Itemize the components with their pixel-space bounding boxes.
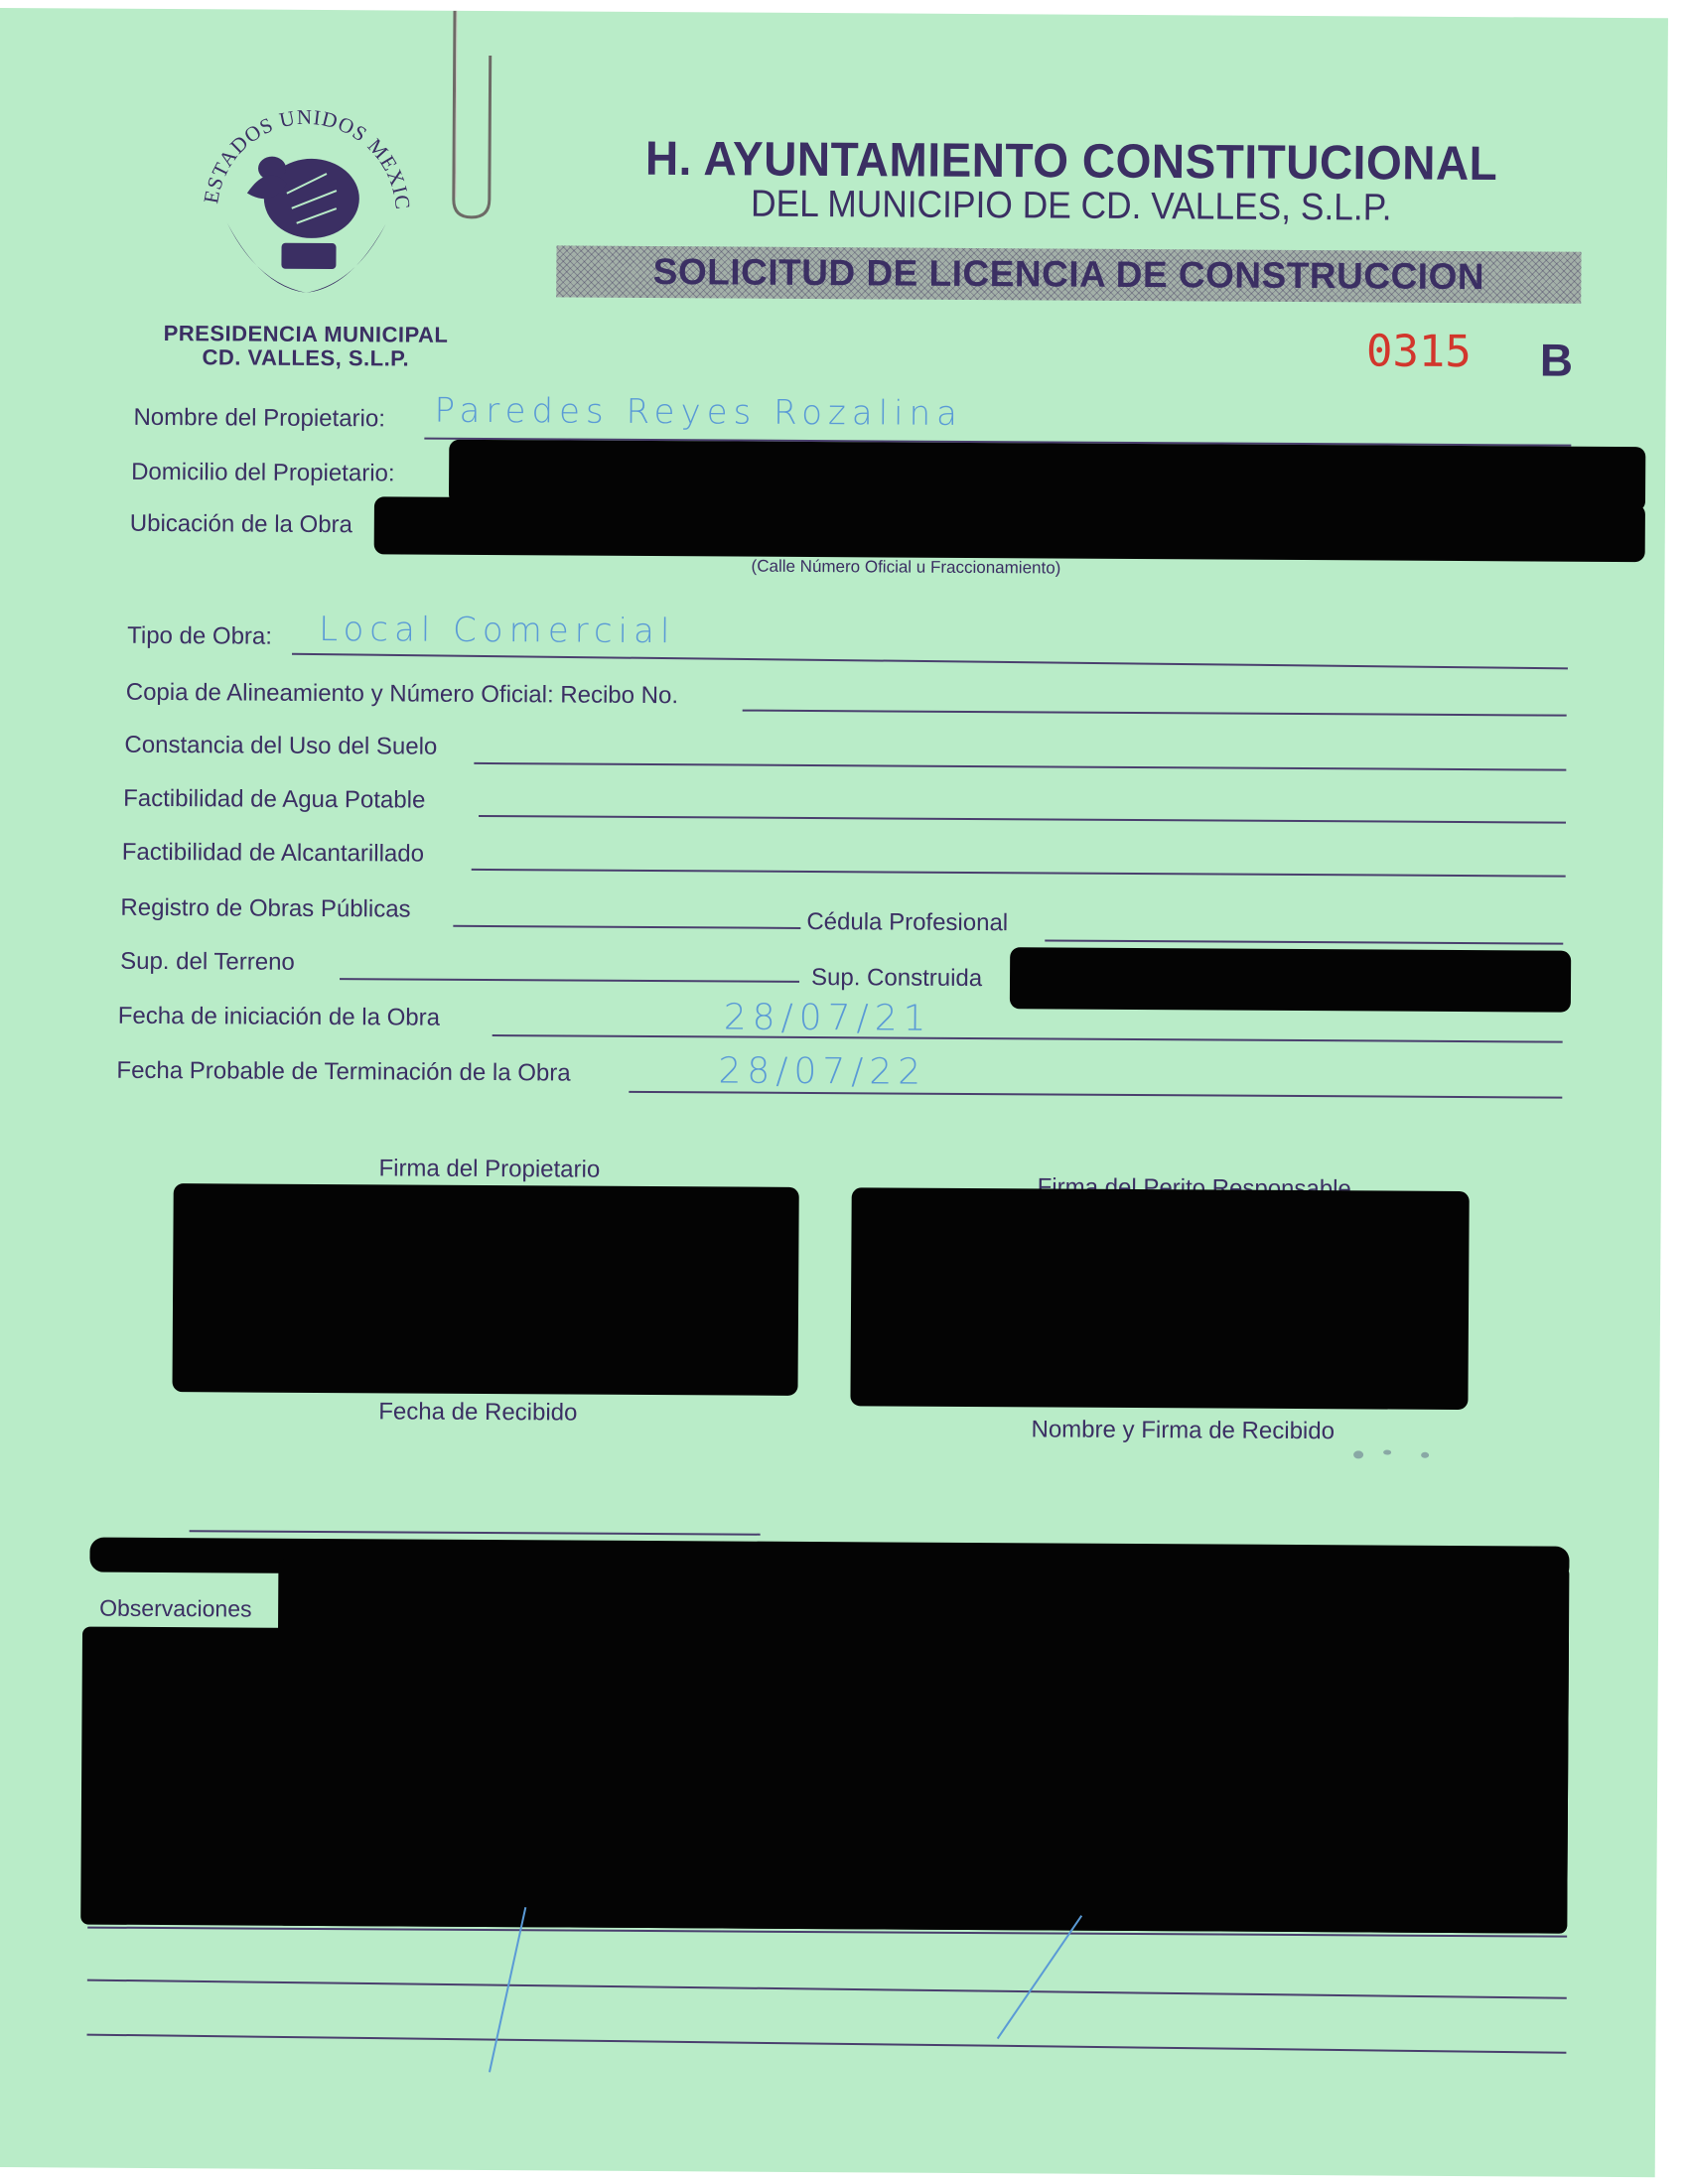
received-date-line[interactable] bbox=[190, 1530, 761, 1536]
observations-line-3[interactable] bbox=[87, 2034, 1567, 2054]
expert-signature-redaction bbox=[850, 1187, 1469, 1410]
work-type-value[interactable]: Local Comercial bbox=[319, 610, 675, 651]
start-date-label: Fecha de iniciación de la Obra bbox=[118, 1003, 440, 1032]
national-seal-icon: ESTADOS UNIDOS MEXICANOS bbox=[187, 83, 426, 313]
received-date-label: Fecha de Recibido bbox=[319, 1398, 636, 1428]
owner-address-label: Domicilio del Propietario: bbox=[131, 459, 395, 488]
site-location-hint: (Calle Número Oficial u Fraccionamiento) bbox=[752, 557, 1061, 579]
paperclip-icon bbox=[446, 11, 506, 224]
built-area-redaction bbox=[1010, 947, 1571, 1012]
issuer-line-2: CD. VALLES, S.L.P. bbox=[127, 345, 485, 371]
lot-area-line[interactable] bbox=[340, 978, 799, 983]
land-use-line[interactable] bbox=[474, 762, 1566, 771]
end-date-value[interactable]: 28/07/22 bbox=[718, 1050, 926, 1092]
work-type-line bbox=[292, 653, 1568, 670]
start-date-line bbox=[492, 1034, 1563, 1043]
form-name: SOLICITUD DE LICENCIA DE CONSTRUCCION bbox=[653, 251, 1485, 298]
page-title: H. AYUNTAMIENTO CONSTITUCIONAL bbox=[595, 129, 1548, 192]
issuer-label: PRESIDENCIA MUNICIPAL CD. VALLES, S.L.P. bbox=[127, 322, 485, 371]
professional-license-line[interactable] bbox=[1045, 939, 1563, 944]
water-feasibility-line[interactable] bbox=[479, 815, 1566, 824]
owner-signature-label: Firma del Propietario bbox=[321, 1155, 658, 1184]
end-date-label: Fecha Probable de Terminación de la Obra bbox=[116, 1057, 570, 1088]
observations-redaction-bottom bbox=[80, 1627, 1569, 1934]
professional-license-label: Cédula Profesional bbox=[806, 908, 1008, 937]
pen-stroke bbox=[489, 1907, 526, 2072]
form-name-banner: SOLICITUD DE LICENCIA DE CONSTRUCCION bbox=[556, 245, 1581, 303]
issuer-line-1: PRESIDENCIA MUNICIPAL bbox=[127, 322, 485, 347]
owner-name-label: Nombre del Propietario: bbox=[133, 404, 385, 434]
work-type-label: Tipo de Obra: bbox=[127, 622, 272, 651]
end-date-line bbox=[629, 1091, 1562, 1099]
start-date-value[interactable]: 28/07/21 bbox=[724, 997, 932, 1038]
observations-line-2[interactable] bbox=[87, 1979, 1567, 1999]
sewer-feasibility-line[interactable] bbox=[472, 869, 1566, 878]
public-works-registry-line[interactable] bbox=[453, 925, 800, 929]
lot-area-label: Sup. del Terreno bbox=[120, 948, 295, 977]
owner-name-value[interactable]: Paredes Reyes Rozalina bbox=[434, 391, 963, 434]
alignment-receipt-line[interactable] bbox=[743, 710, 1567, 717]
received-by-label: Nombre y Firma de Recibido bbox=[974, 1416, 1391, 1446]
observations-label: Observaciones bbox=[99, 1595, 252, 1623]
water-feasibility-label: Factibilidad de Agua Potable bbox=[123, 785, 425, 815]
page-subtitle: DEL MUNICIPIO DE CD. VALLES, S.L.P. bbox=[628, 183, 1514, 230]
folio-number: 0315 bbox=[1366, 326, 1472, 377]
site-location-label: Ubicación de la Obra bbox=[130, 510, 352, 539]
land-use-label: Constancia del Uso del Suelo bbox=[124, 732, 437, 761]
site-location-redaction bbox=[374, 496, 1645, 562]
public-works-registry-label: Registro de Obras Públicas bbox=[120, 894, 410, 924]
owner-signature-redaction bbox=[172, 1183, 798, 1396]
built-area-label: Sup. Construida bbox=[811, 964, 982, 993]
sewer-feasibility-label: Factibilidad de Alcantarillado bbox=[122, 839, 424, 869]
alignment-receipt-label: Copia de Alineamiento y Número Oficial: … bbox=[126, 679, 678, 710]
form-sheet: ESTADOS UNIDOS MEXICANOS PRESIDENCIA MUN… bbox=[0, 8, 1668, 2177]
serie-letter: B bbox=[1540, 333, 1574, 386]
